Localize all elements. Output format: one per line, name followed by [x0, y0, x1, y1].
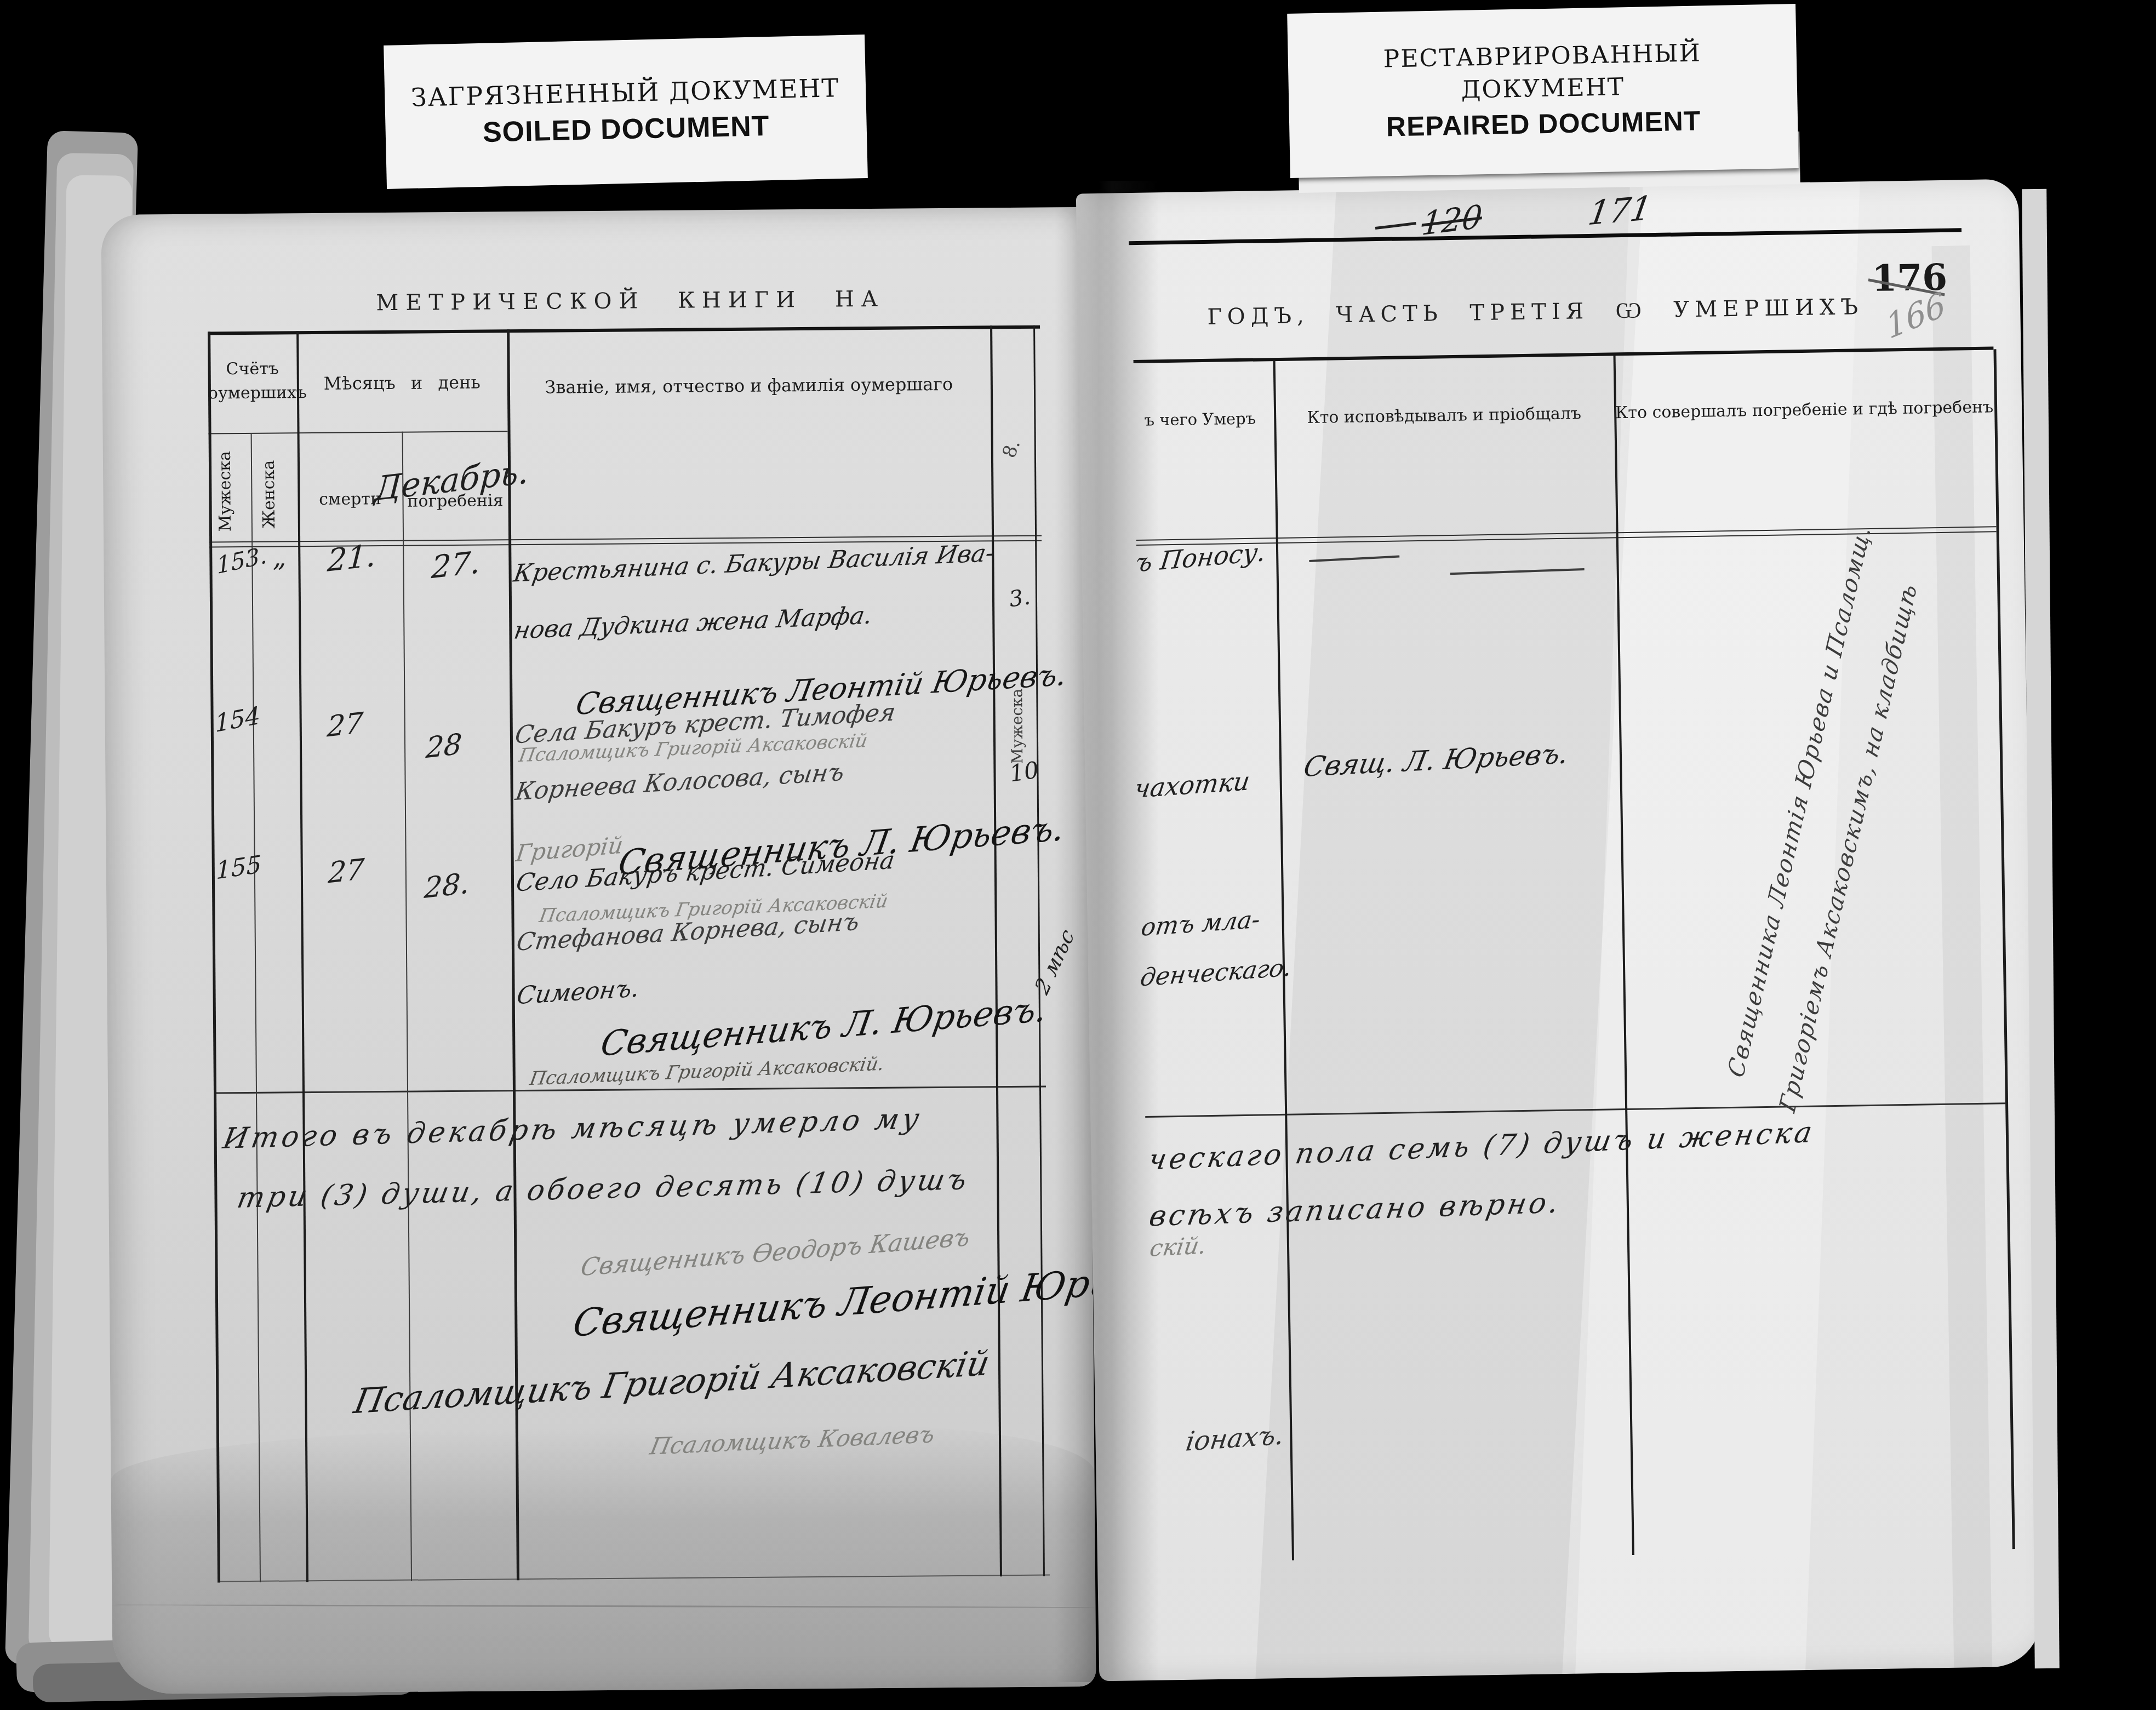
priest-signature: Священникъ Л. Юрьевъ.: [598, 989, 1050, 1064]
record-text: Григорій: [514, 831, 625, 867]
col-header-count: Счётъ оумершихъ: [208, 357, 297, 405]
death-day: 27: [326, 706, 364, 744]
grid-line: [1993, 349, 2015, 1549]
summary-line: Итого въ декабрѣ мѣсяцѣ умерло му: [220, 1102, 925, 1156]
col-header-age-glyph: 8.: [998, 437, 1025, 461]
grid-line: [251, 433, 261, 1582]
page-heading-left: МЕТРИЧЕСКОЙ КНИГИ НА: [239, 285, 1022, 317]
left-book-page: МЕТРИЧЕСКОЙ КНИГИ НА Счётъ оумершихъ Мѣс…: [101, 207, 1096, 1694]
grid-line: [296, 331, 308, 1582]
card-text-russian: РЕСТАВРИРОВАННЫЙ: [1383, 39, 1701, 73]
col-header-cause: ъ чего Умеръ: [1131, 409, 1269, 430]
card-text-english: SOILED DOCUMENT: [482, 110, 770, 149]
card-text-english: REPAIRED DOCUMENT: [1386, 105, 1701, 142]
death-day: 21.: [327, 537, 378, 579]
grid-line: [209, 431, 508, 434]
cause-of-death: денческаго.: [1139, 953, 1294, 992]
grid-line: [208, 325, 1040, 335]
death-day: 27: [327, 853, 365, 890]
handwriting-fragment: скій.: [1148, 1232, 1208, 1262]
age-value: 3.: [1008, 584, 1032, 612]
record-text: Крестьянина с. Бакуры Василія Ива-: [512, 539, 997, 588]
card-text-russian: ЗАГРЯЗНЕННЫЙ ДОКУМЕНТ: [411, 73, 840, 112]
cause-of-death: чахотки: [1133, 766, 1252, 804]
burial-day: 28: [425, 728, 463, 765]
record-text: нова Дудкина жена Марфа.: [512, 601, 874, 644]
right-book-page: 120 171 ГОДЪ, ЧАСТЬ ТРЕТІЯ Ѡ УМЕРШИХЪ 17…: [1076, 179, 2041, 1682]
repaired-document-card: РЕСТАВРИРОВАННЫЙ ДОКУМЕНТ REPAIRED DOCUM…: [1287, 4, 1799, 178]
burial-day: 28.: [423, 867, 470, 905]
soiled-document-card: ЗАГРЯЗНЕННЫЙ ДОКУМЕНТ SOILED DOCUMENT: [384, 35, 868, 189]
entry-female-ditto: „: [272, 542, 286, 573]
age-value: 2 мѣс: [1031, 924, 1079, 998]
signature-psalmist-aksakovsky: Псаломщикъ Григорій Аксаковскій: [351, 1343, 993, 1422]
record-text: Симеонъ.: [515, 974, 642, 1010]
record-text: Корнеева Колосова, сынъ: [513, 758, 846, 806]
burial-day: 27.: [431, 545, 482, 586]
col-header-person: Званіе, имя, отчество и фамилія оумершаг…: [507, 373, 991, 398]
col-header-count-female: Женска: [259, 460, 279, 529]
grid-line: [990, 325, 1002, 1576]
signature-priest-kashev: Священникъ Ѳеодоръ Кашевъ: [579, 1223, 972, 1282]
cause-of-death: отъ мла-: [1139, 906, 1262, 942]
psalmist-signature: Псаломщикъ Григорій Аксаковскій.: [528, 1053, 886, 1090]
card-text-russian: ДОКУМЕНТ: [1461, 73, 1625, 104]
age-value: 10: [1008, 756, 1040, 787]
grid-line: [1033, 325, 1045, 1576]
cause-of-death: ъ Поносу.: [1134, 537, 1267, 578]
col-header-date: Мѣсяцъ и день: [297, 371, 507, 394]
scanned-archival-spread: МЕТРИЧЕСКОЙ КНИГИ НА Счётъ оумершихъ Мѣс…: [0, 0, 2156, 1710]
grid-line: [214, 1086, 1046, 1094]
tissue-overlay: [1931, 245, 1992, 1668]
col-header-age-male: Мужеска: [1008, 689, 1026, 764]
current-page-number: 171: [1586, 189, 1655, 233]
summary-line: три (3) души, а обоего десять (10) душъ: [235, 1163, 972, 1215]
col-header-count-male: Мужеска: [215, 451, 235, 531]
